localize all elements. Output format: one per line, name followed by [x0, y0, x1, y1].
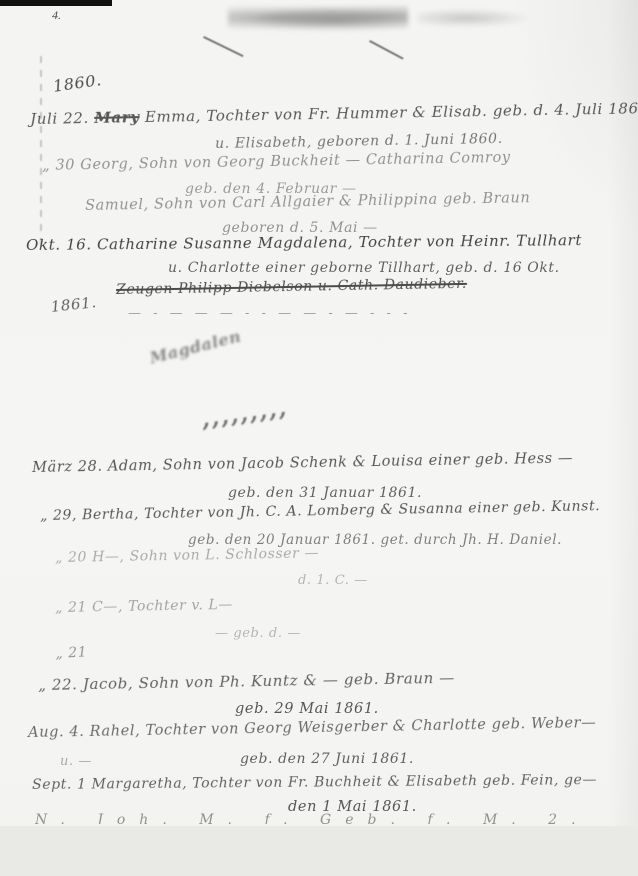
ink-smudge-header: [228, 6, 408, 32]
register-line: geb. den 31 Januar 1861.: [228, 486, 422, 501]
register-entry-okt16: Okt. 16. Catharine Susanne Magdalena, To…: [26, 232, 582, 253]
margin-line: [40, 56, 42, 246]
register-entry-samuel: Samuel, Sohn von Carl Allgaier & Philipp…: [85, 191, 530, 215]
ink-scratch-marks: ,,,,,,,,,: [200, 396, 289, 432]
scan-edge-bar: [0, 0, 112, 6]
register-entry-aug4: Aug. 4. Rahel, Tochter von Georg Weisger…: [28, 716, 596, 742]
register-entry-22: „ 22. Jacob, Sohn von Ph. Kuntz & — geb.…: [38, 670, 455, 694]
pen-flourish-right: [369, 40, 403, 60]
year-heading-1861: 1861.: [50, 294, 97, 315]
register-line: u. Elisabeth, geboren d. 1. Juni 1860.: [215, 132, 503, 152]
register-entry-sep1: Sept. 1 Margaretha, Tochter von Fr. Buch…: [32, 773, 597, 793]
register-line-crossed-out: Zeugen Philipp Diebelson u. Cath. Daudie…: [116, 277, 467, 299]
dash-row: — - — — — - - — — - — - - -: [128, 307, 411, 321]
year-heading-1860: 1860.: [52, 71, 103, 95]
register-entry-mar28: März 28. Adam, Sohn von Jacob Schenk & L…: [32, 452, 573, 477]
register-line-faint: d. 1. C. —: [298, 574, 368, 588]
entry-date: Juli 22.: [30, 109, 89, 128]
register-line: geb. 29 Mai 1861.: [235, 702, 379, 718]
register-line: u. Charlotte einer geborne Tillhart, geb…: [168, 261, 560, 276]
register-line: geb. den 20 Januar 1861. get. durch Jh. …: [188, 533, 562, 548]
register-line: geb. den 27 Juni 1861.: [240, 752, 414, 767]
scanner-bottom-margin: [0, 826, 638, 876]
register-line-cutoff: N. Joh. M. f. Geb. f. M. 2.: [35, 813, 595, 824]
ink-smudge-header-right: [418, 8, 538, 28]
scanned-register-page: 4. 1860. Juli 22. Mary Emma, Tochter von…: [0, 0, 638, 876]
cutoff-line-container: N. Joh. M. f. Geb. f. M. 2.: [35, 813, 595, 824]
register-entry-21a: „ 21 C—, Tochter v. L—: [55, 598, 233, 616]
page-number: 4.: [52, 8, 61, 23]
register-line-faint: „ 20 H—, Sohn von L. Schlosser —: [55, 546, 319, 566]
register-line-faint: u. —: [60, 755, 92, 769]
register-entry-29: „ 29, Bertha, Tochter von Jh. C. A. Lomb…: [40, 499, 600, 524]
register-line-faint: — geb. d. —: [215, 627, 301, 641]
entry-struck-name: Mary: [94, 108, 140, 127]
register-entry-30: „ 30 Georg, Sohn von Georg Buckheit — Ca…: [42, 151, 511, 175]
ink-smudge-word: Magdalen: [148, 327, 243, 367]
pen-flourish-left: [203, 36, 243, 57]
register-entry-21b: „ 21: [55, 645, 88, 662]
